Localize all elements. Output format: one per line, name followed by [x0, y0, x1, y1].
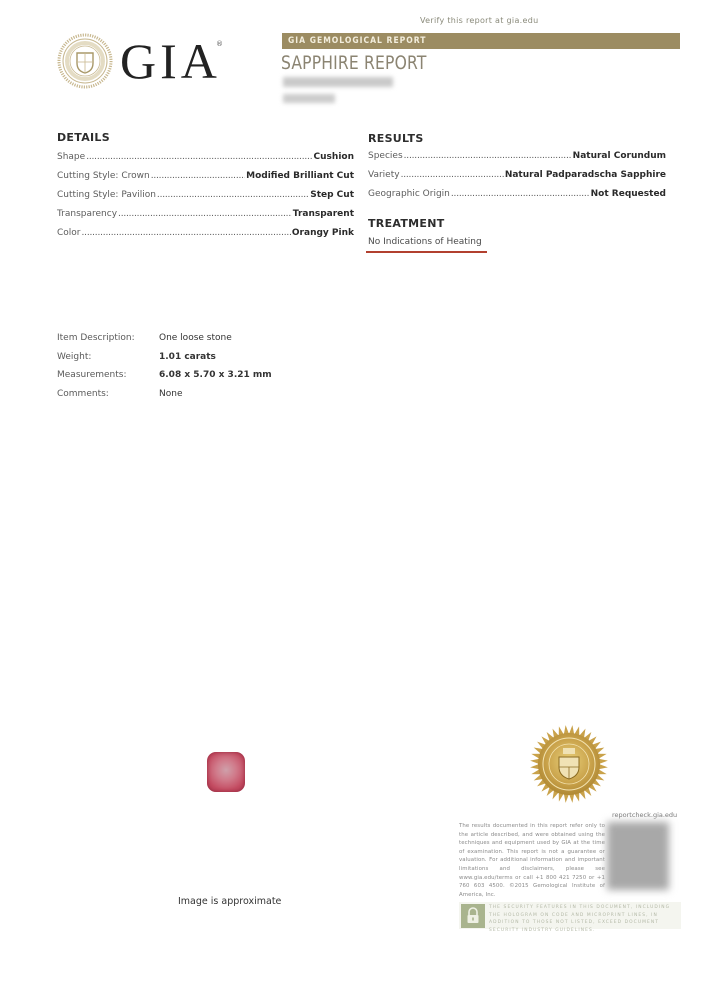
treatment-underline [366, 251, 487, 253]
info-label: Measurements: [57, 366, 159, 385]
results-label: Geographic Origin [368, 185, 450, 204]
info-row-measurements: Measurements: 6.08 x 5.70 x 3.21 mm [57, 366, 272, 385]
report-number-redacted [283, 77, 393, 87]
gia-wordmark: GIA [120, 36, 221, 86]
details-label: Shape [57, 148, 85, 167]
details-value: Step Cut [310, 186, 354, 205]
info-label: Item Description: [57, 329, 159, 348]
details-row-shape: Shape Cushion [57, 148, 354, 167]
info-label: Weight: [57, 348, 159, 367]
leader-dots [151, 167, 245, 186]
details-heading: DETAILS [57, 131, 354, 144]
details-label: Transparency [57, 205, 117, 224]
registered-mark: ® [216, 40, 223, 48]
lock-icon [461, 904, 485, 928]
info-row-description: Item Description: One loose stone [57, 329, 272, 348]
details-value: Transparent [293, 205, 354, 224]
leader-dots [157, 186, 309, 205]
info-value: 6.08 x 5.70 x 3.21 mm [159, 366, 272, 385]
results-label: Variety [368, 166, 400, 185]
results-row-species: Species Natural Corundum [368, 147, 666, 166]
info-row-weight: Weight: 1.01 carats [57, 348, 272, 367]
leader-dots [82, 224, 291, 243]
details-label: Color [57, 224, 81, 243]
details-row-color: Color Orangy Pink [57, 224, 354, 243]
details-label: Cutting Style: Crown [57, 167, 150, 186]
details-row-crown: Cutting Style: Crown Modified Brilliant … [57, 167, 354, 186]
security-features-text: The security features in this document, … [489, 904, 679, 934]
results-label: Species [368, 147, 403, 166]
details-row-pavilion: Cutting Style: Pavilion Step Cut [57, 186, 354, 205]
gemstone-image [207, 752, 245, 792]
results-value: Natural Corundum [573, 147, 666, 166]
info-value: One loose stone [159, 329, 232, 348]
leader-dots [401, 166, 504, 185]
disclaimer-text: The results documented in this report re… [459, 822, 605, 899]
report-date-redacted [283, 94, 335, 103]
leader-dots [451, 185, 590, 204]
reportcheck-link[interactable]: reportcheck.gia.edu [612, 811, 677, 819]
details-value: Cushion [314, 148, 354, 167]
results-value: Natural Padparadscha Sapphire [505, 166, 666, 185]
image-caption: Image is approximate [178, 896, 281, 907]
verify-link[interactable]: Verify this report at gia.edu [420, 16, 538, 25]
treatment-heading: TREATMENT [368, 217, 445, 230]
leader-dots [404, 147, 572, 166]
item-info-section: Item Description: One loose stone Weight… [57, 329, 272, 403]
info-value: None [159, 385, 182, 404]
results-section: RESULTS Species Natural Corundum Variety… [368, 132, 666, 204]
details-label: Cutting Style: Pavilion [57, 186, 156, 205]
info-row-comments: Comments: None [57, 385, 272, 404]
gia-seal-logo-icon [57, 33, 113, 89]
report-title: SAPPHIRE REPORT [281, 52, 427, 74]
gia-gold-seal-icon [529, 724, 609, 804]
info-label: Comments: [57, 385, 159, 404]
leader-dots [86, 148, 312, 167]
details-section: DETAILS Shape Cushion Cutting Style: Cro… [57, 131, 354, 243]
results-row-origin: Geographic Origin Not Requested [368, 185, 666, 204]
details-row-transparency: Transparency Transparent [57, 205, 354, 224]
treatment-value: No Indications of Heating [368, 237, 482, 247]
details-value: Modified Brilliant Cut [246, 167, 354, 186]
results-row-variety: Variety Natural Padparadscha Sapphire [368, 166, 666, 185]
results-value: Not Requested [591, 185, 666, 204]
results-heading: RESULTS [368, 132, 666, 145]
qr-code-redacted [607, 822, 669, 890]
leader-dots [118, 205, 292, 224]
details-value: Orangy Pink [292, 224, 354, 243]
report-type-label: GIA GEMOLOGICAL REPORT [288, 35, 427, 47]
info-value: 1.01 carats [159, 348, 216, 367]
